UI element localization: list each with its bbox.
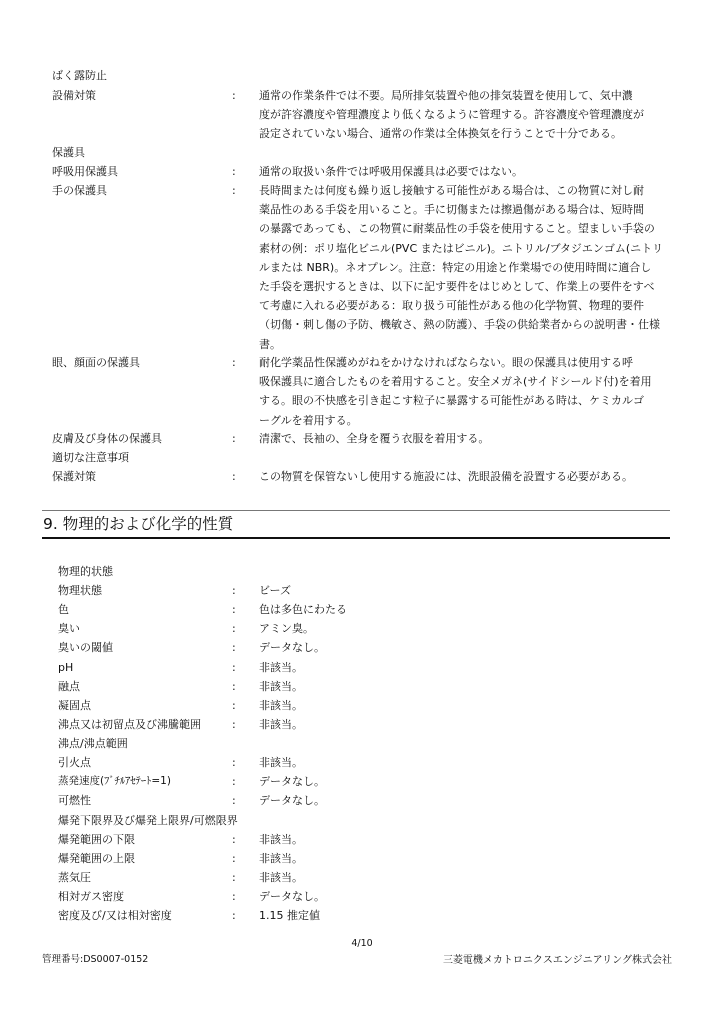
property-label: 相対ガス密度 xyxy=(58,887,124,906)
colon: : xyxy=(232,677,236,696)
property-label: 爆発範囲の下限 xyxy=(58,830,135,849)
exposure-controls-heading: ばく露防止 xyxy=(52,66,107,85)
colon: : xyxy=(232,353,236,372)
protective-measures-value: この物質を保管ないし使用する施設には、洗眼設備を設置する必要がある。 xyxy=(259,467,671,486)
page-number: 4/10 xyxy=(0,938,724,949)
property-label: 爆発下限界及び爆発上限界/可燃限界 xyxy=(58,811,238,830)
property-label: 沸点/沸点範囲 xyxy=(58,734,128,753)
colon: : xyxy=(232,772,236,791)
colon: : xyxy=(232,830,236,849)
property-value: 非該当。 xyxy=(259,868,671,887)
property-value: データなし。 xyxy=(259,887,671,906)
property-value: 非該当。 xyxy=(259,753,671,772)
hand-protection-value: 長時間または何度も繰り返し接触する可能性がある場合は、この物質に対し耐 薬品性の… xyxy=(259,181,671,354)
skin-body-protection-label: 皮膚及び身体の保護具 xyxy=(52,429,162,448)
colon: : xyxy=(232,658,236,677)
property-value: 1.15 推定値 xyxy=(259,906,671,925)
property-value: データなし。 xyxy=(259,791,671,810)
property-label: 物理的状態 xyxy=(58,562,113,581)
colon: : xyxy=(232,753,236,772)
property-value: 非該当。 xyxy=(259,715,671,734)
property-label: 蒸気圧 xyxy=(58,868,91,887)
property-value: 非該当。 xyxy=(259,658,671,677)
section-9-header: 9. 物理的および化学的性質 xyxy=(42,510,670,539)
property-value: ビーズ xyxy=(259,581,671,600)
property-value: アミン臭。 xyxy=(259,619,671,638)
protective-measures-label: 保護対策 xyxy=(52,467,96,486)
colon: : xyxy=(232,181,236,200)
property-label: 沸点又は初留点及び沸騰範囲 xyxy=(58,715,201,734)
property-value: 非該当。 xyxy=(259,830,671,849)
hand-protection-label: 手の保護具 xyxy=(52,181,107,200)
property-value: データなし。 xyxy=(259,638,671,657)
engineering-controls-value: 通常の作業条件では不要。局所排気装置や他の排気装置を使用して、気中濃 度が許容濃… xyxy=(259,86,671,144)
colon: : xyxy=(232,429,236,448)
respiratory-protection-label: 呼吸用保護具 xyxy=(52,162,118,181)
property-label: 可燃性 xyxy=(58,791,91,810)
colon: : xyxy=(232,86,236,105)
colon: : xyxy=(232,638,236,657)
property-value: 色は多色にわたる xyxy=(259,600,671,619)
property-value: 非該当。 xyxy=(259,696,671,715)
eye-face-protection-label: 眼、顔面の保護具 xyxy=(52,353,140,372)
property-label: 爆発範囲の上限 xyxy=(58,849,135,868)
property-label: 引火点 xyxy=(58,753,91,772)
colon: : xyxy=(232,467,236,486)
sds-page: ばく露防止 設備対策 : 通常の作業条件では不要。局所排気装置や他の排気装置を使… xyxy=(0,0,724,1024)
section-9-title: 9. 物理的および化学的性質 xyxy=(43,514,233,534)
property-value: データなし。 xyxy=(259,772,671,791)
precautions-heading: 適切な注意事項 xyxy=(52,448,129,467)
respiratory-protection-value: 通常の取扱い条件では呼吸用保護具は必要ではない。 xyxy=(259,162,671,181)
colon: : xyxy=(232,600,236,619)
property-label: 色 xyxy=(58,600,69,619)
property-label: pH xyxy=(58,658,73,677)
company-name: 三菱電機メカトロニクスエンジニアリング株式会社 xyxy=(443,951,672,966)
engineering-controls-label: 設備対策 xyxy=(52,86,96,105)
colon: : xyxy=(232,619,236,638)
colon: : xyxy=(232,887,236,906)
property-value: 非該当。 xyxy=(259,677,671,696)
colon: : xyxy=(232,791,236,810)
colon: : xyxy=(232,868,236,887)
colon: : xyxy=(232,715,236,734)
colon: : xyxy=(232,696,236,715)
property-label: 融点 xyxy=(58,677,80,696)
property-value: 非該当。 xyxy=(259,849,671,868)
property-label: 物理状態 xyxy=(58,581,102,600)
property-label: 臭い xyxy=(58,619,80,638)
property-label: 蒸発速度(ﾌﾞﾁﾙｱｾﾃｰﾄ=1) xyxy=(58,772,171,791)
skin-body-protection-value: 清潔で、長袖の、全身を覆う衣服を着用する。 xyxy=(259,429,671,448)
control-number: 管理番号:DS0007-0152 xyxy=(42,951,148,965)
colon: : xyxy=(232,162,236,181)
colon: : xyxy=(232,906,236,925)
property-label: 密度及び/又は相対密度 xyxy=(58,906,172,925)
property-label: 凝固点 xyxy=(58,696,91,715)
colon: : xyxy=(232,581,236,600)
eye-face-protection-value: 耐化学薬品性保護めがねをかけなければならない。眼の保護具は使用する呼 吸保護具に… xyxy=(259,353,671,430)
ppe-heading: 保護具 xyxy=(52,143,85,162)
property-label: 臭いの閾値 xyxy=(58,638,113,657)
colon: : xyxy=(232,849,236,868)
